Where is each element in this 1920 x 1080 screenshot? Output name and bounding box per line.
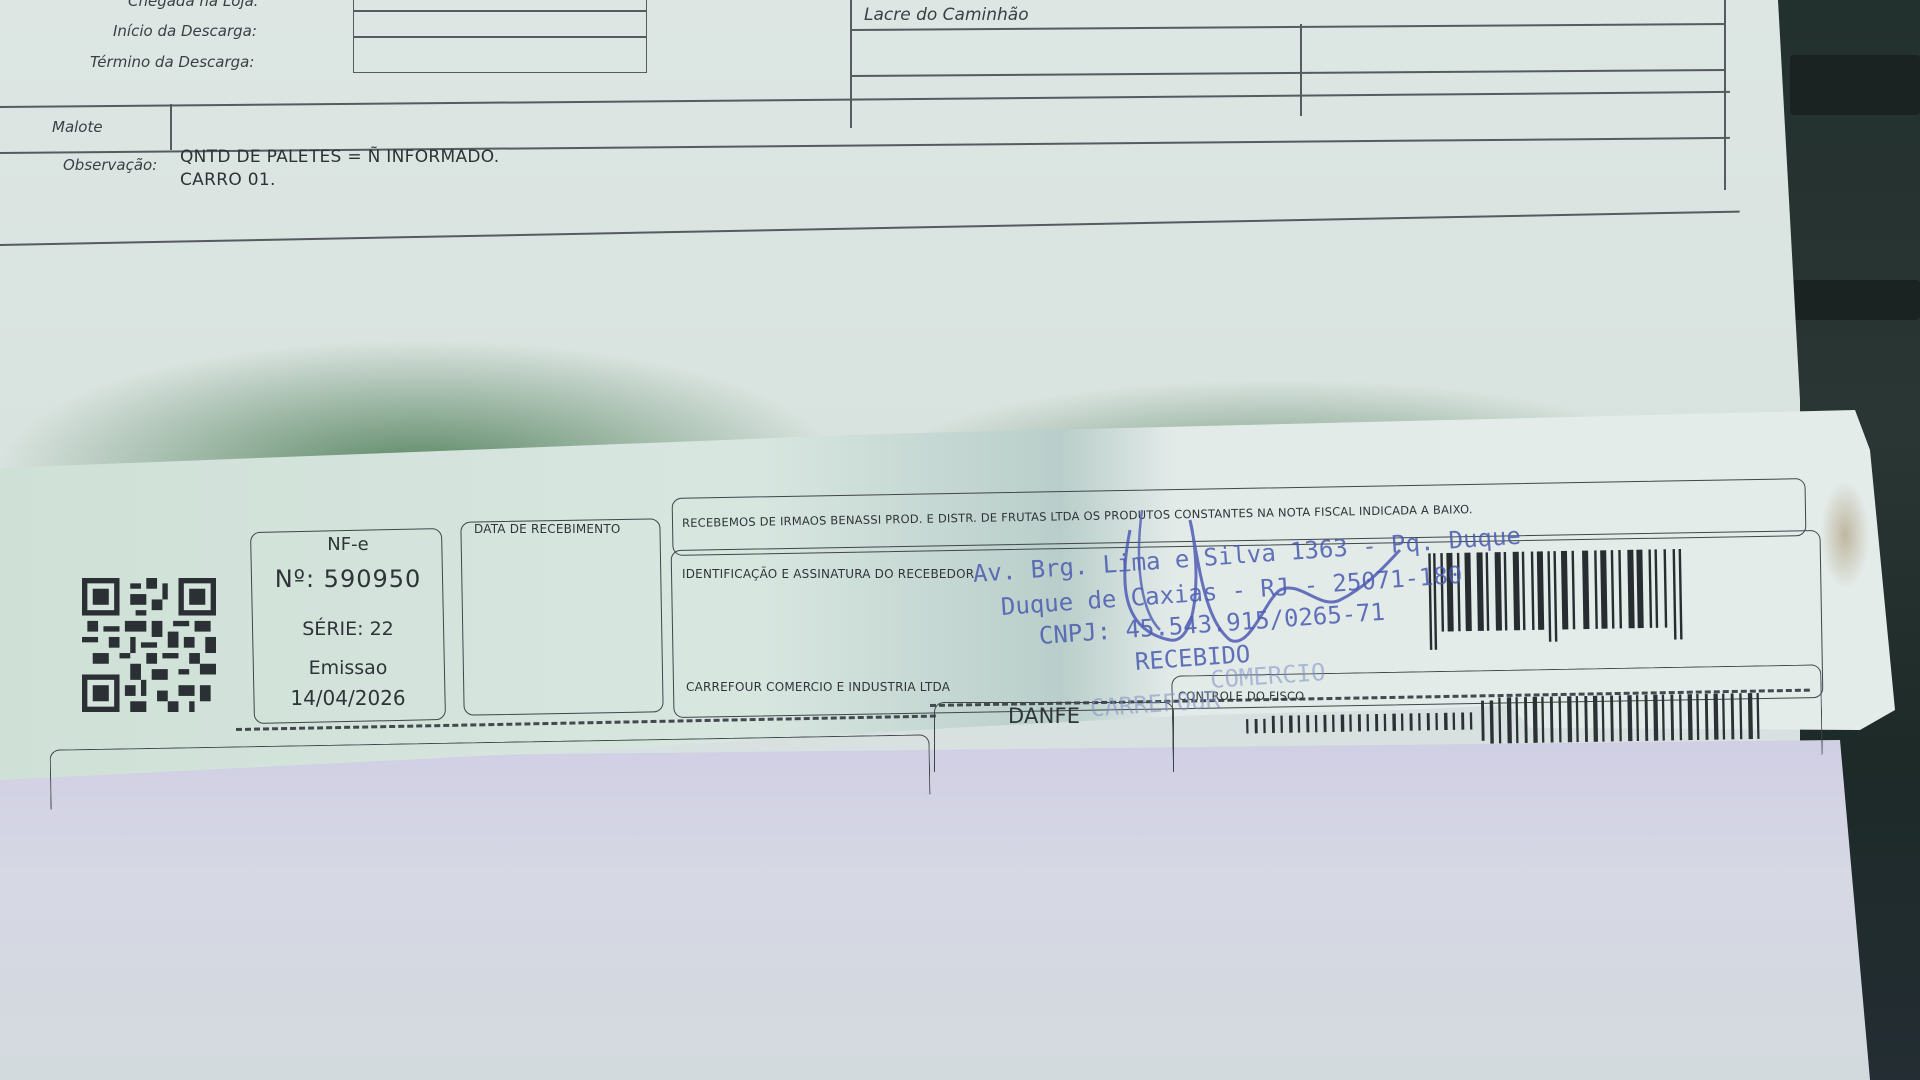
barcode-icon — [1425, 541, 1789, 653]
inicio-descarga-field[interactable] — [353, 10, 647, 38]
qr-code-icon — [82, 574, 216, 716]
lacre-label: Lacre do Caminhão — [864, 5, 1029, 25]
signature — [1090, 500, 1410, 660]
fiscal-barcode-icon — [1246, 683, 1821, 751]
chegada-label: Chegada na Loja: — [128, 0, 259, 10]
data-recebimento-field[interactable] — [460, 518, 663, 715]
inicio-descarga-label: Início da Descarga: — [113, 22, 257, 40]
malote-label: Malote — [52, 118, 103, 136]
termino-descarga-field[interactable] — [353, 36, 647, 73]
divider — [1724, 0, 1726, 190]
destinatario-name: CARREFOUR COMERCIO E INDUSTRIA LTDA — [686, 680, 950, 694]
paper-stain — [1820, 480, 1870, 590]
lacre-field-1[interactable] — [852, 28, 1300, 72]
desk-slat — [1790, 280, 1920, 320]
observacao-label: Observação: — [63, 156, 157, 174]
desk-slat — [1790, 55, 1920, 115]
malote-field[interactable] — [172, 108, 848, 150]
nfe-number: Nº: 590950 — [252, 565, 444, 593]
nfe-serie: SÉRIE: 22 — [252, 618, 444, 640]
observacao-text: QNTD DE PALETES = Ñ INFORMADO. CARRO 01. — [180, 146, 500, 192]
lacre-field-2[interactable] — [1302, 26, 1724, 70]
nfe-emissao-date: 14/04/2026 — [252, 686, 444, 710]
termino-descarga-label: Término da Descarga: — [90, 53, 254, 71]
nfe-title: NF-e — [252, 534, 444, 555]
data-recebimento-label: DATA DE RECEBIMENTO — [474, 522, 621, 536]
observacao-line-1: QNTD DE PALETES = Ñ INFORMADO. — [180, 146, 500, 169]
nfe-emissao-label: Emissao — [252, 657, 444, 679]
identificacao-label: IDENTIFICAÇÃO E ASSINATURA DO RECEBEDOR — [682, 567, 974, 581]
danfe-label: DANFE — [1008, 704, 1080, 728]
lacre-field-3[interactable] — [852, 74, 1300, 114]
observacao-line-2: CARRO 01. — [180, 169, 500, 192]
